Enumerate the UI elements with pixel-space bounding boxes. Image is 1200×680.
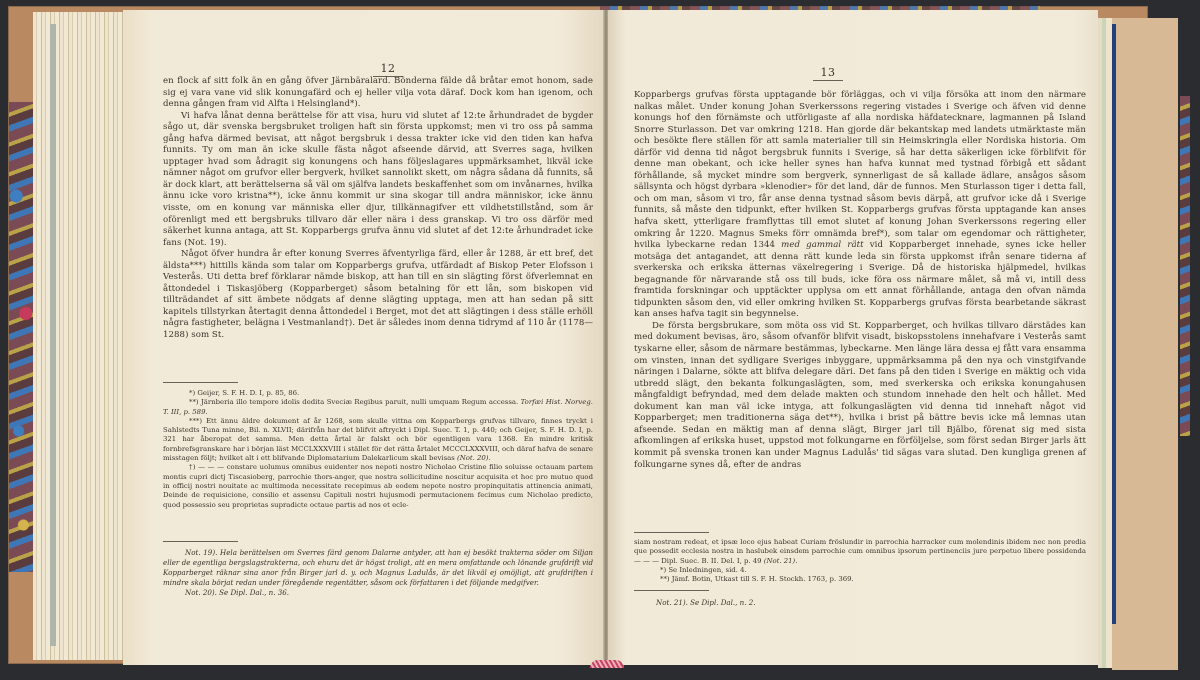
page-number: 13 xyxy=(813,66,843,81)
footnote: **) Jämf. Botin, Utkast till S. F. H. St… xyxy=(634,575,1086,584)
footnote: *) Se Inledningen, sid. 4. xyxy=(634,566,1086,575)
page-12: 12 en flock af sitt folk än en gång öfve… xyxy=(123,10,605,665)
note: Not. 21). Se Dipl. Dal., n. 2. xyxy=(634,598,1086,608)
main-text: Kopparbergs grufvas första upptagande bö… xyxy=(634,90,1086,471)
endpaper-right xyxy=(1112,18,1178,670)
footnote-text: siam nostram redeat, et ipsæ loco ejus h… xyxy=(634,538,1086,565)
paragraph: De första bergsbrukare, som möta oss vid… xyxy=(634,321,1086,471)
tissue-leaf xyxy=(50,24,56,646)
marbled-endpaper-right xyxy=(1180,96,1190,436)
notes: Not. 19). Hela berättelsen om Sverres fä… xyxy=(163,548,593,598)
note-rule xyxy=(634,590,709,591)
paragraph-text: vid Kopparberget innehade, synes icke he… xyxy=(634,240,1086,319)
notes: Not. 21). Se Dipl. Dal., n. 2. xyxy=(634,598,1086,608)
footnote: ***) Ett ännu äldre dokument af år 1268,… xyxy=(163,417,593,463)
paragraph-text: Kopparbergs grufvas första upptagande bö… xyxy=(634,90,1086,250)
paragraph: Något öfver hundra år efter konung Sverr… xyxy=(163,249,593,341)
emphasis: med gammal rätt xyxy=(781,240,864,250)
footnote: *) Geijer, S. F. H. D. I, p. 85, 86. xyxy=(163,389,593,398)
paragraph: Kopparbergs grufvas första upptagande bö… xyxy=(634,90,1086,321)
footnote-text: ***) Ett ännu äldre dokument af år 1268,… xyxy=(163,417,593,462)
blue-page-edge xyxy=(1112,24,1116,624)
page-number: 12 xyxy=(373,62,403,77)
page-stack-left xyxy=(33,12,123,660)
page-13: 13 Kopparbergs grufvas första upptagande… xyxy=(608,10,1098,665)
note-reference: (Not. 21). xyxy=(764,557,798,565)
footnote-rule xyxy=(163,382,238,383)
footnote: siam nostram redeat, et ipsæ loco ejus h… xyxy=(634,538,1086,566)
footnote: **) Järnberia illo tempore idolis dedita… xyxy=(163,398,593,417)
note-reference: (Not. 20). xyxy=(457,454,491,462)
marbled-endpaper-left xyxy=(9,102,33,572)
note-rule xyxy=(163,541,238,542)
headband xyxy=(590,660,624,668)
note: Not. 19). Hela berättelsen om Sverres fä… xyxy=(163,548,593,588)
footnote-text: **) Järnberia illo tempore idolis dedita… xyxy=(189,398,518,406)
note: Not. 20). Se Dipl. Dal., n. 36. xyxy=(163,588,593,598)
paragraph: Vi hafva lånat denna berättelse för att … xyxy=(163,111,593,250)
paragraph: en flock af sitt folk än en gång öfver J… xyxy=(163,76,593,111)
green-page-edge xyxy=(1098,18,1112,668)
main-text: en flock af sitt folk än en gång öfver J… xyxy=(163,76,593,342)
footnote: †) — — — constare uolumus omnibus euiden… xyxy=(163,463,593,509)
footnotes: siam nostram redeat, et ipsæ loco ejus h… xyxy=(634,538,1086,584)
footnotes: *) Geijer, S. F. H. D. I, p. 85, 86. **)… xyxy=(163,389,593,510)
footnote-rule xyxy=(634,532,709,533)
